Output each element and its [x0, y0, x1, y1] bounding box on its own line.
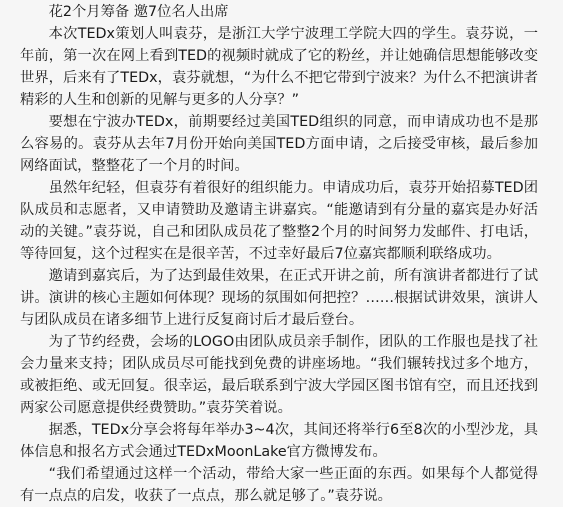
section-subheading: 花2个月筹备 邀7位名人出席 — [20, 1, 538, 23]
paragraph-intro: 本次TEDx策划人叫袁芬，是浙江大学宁波理工学院大四的学生。袁芬说，一年前，第一… — [20, 23, 538, 111]
article-body: 花2个月筹备 邀7位名人出席 本次TEDx策划人叫袁芬，是浙江大学宁波理工学院大… — [20, 1, 538, 489]
paragraph-closing-quote: “我们希望通过这样一个活动，带给大家一些正面的东西。如果每个人都觉得有一点点的启… — [20, 463, 538, 489]
paragraph-application: 要想在宁波办TEDx，前期要经过美国TED组织的同意，而申请成功也不是那么容易的… — [20, 111, 538, 177]
paragraph-rehearsal: 邀请到嘉宾后，为了达到最佳效果，在正式开讲之前，所有演讲者都进行了试讲。演讲的核… — [20, 265, 538, 331]
paragraph-organization: 虽然年纪轻，但袁芬有着很好的组织能力。申请成功后，袁芬开始招募TED团队成员和志… — [20, 177, 538, 265]
paragraph-schedule: 据悉，TEDx分享会将每年举办3~4次，其间还将举行6至8次的小型沙龙，具体信息… — [20, 419, 538, 463]
paragraph-budget: 为了节约经费，会场的LOGO由团队成员亲手制作，团队的工作服也是找了社会力量来支… — [20, 331, 538, 419]
